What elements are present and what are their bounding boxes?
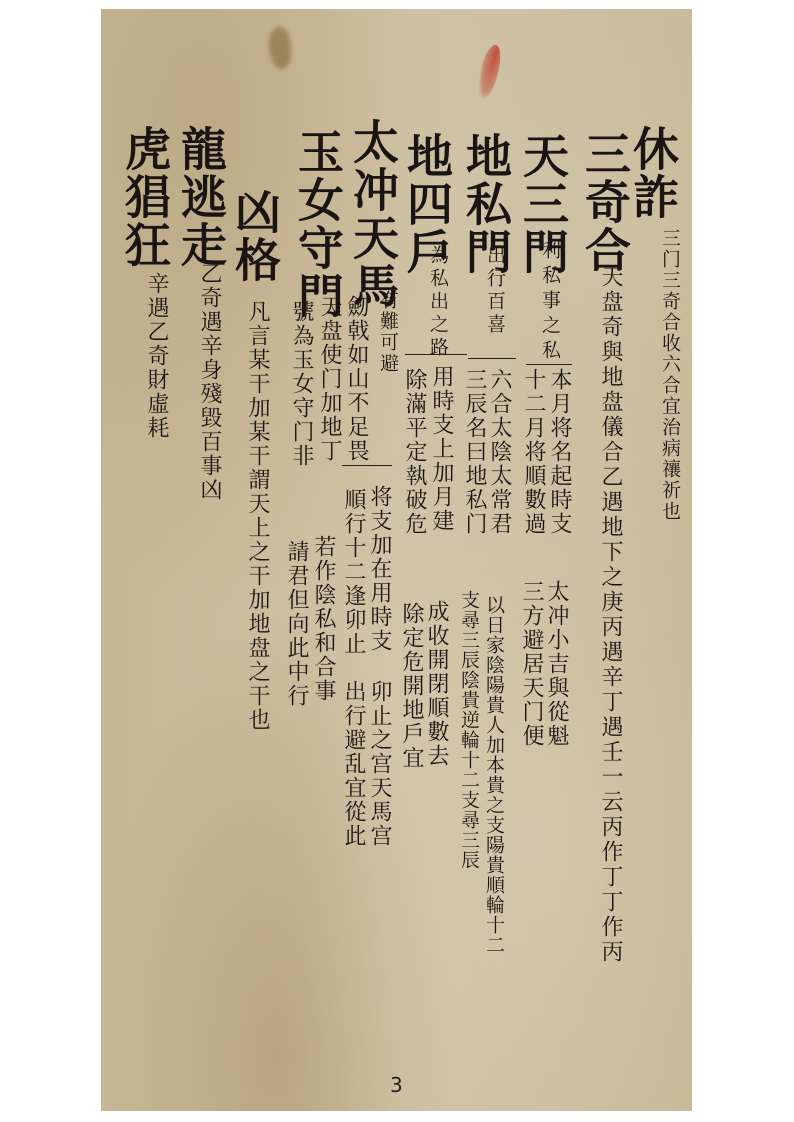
note-di-si-men: 出行百喜 [485,245,504,337]
note-tian-san-men: 利私事之私 [540,240,559,365]
bracket-line [526,364,572,365]
verse-line: 太冲小吉與從魁 [545,580,567,748]
red-seal-mark [473,43,505,101]
page-number: 3 [390,1073,403,1097]
verse-line: 用時支上加月建 [430,365,452,533]
verse-note: 以日家陰陽貴人加本貴之支陽貴順輪十二 [484,595,503,955]
verse-line: 順行十二逢卯止 [342,488,364,656]
bracket-line [405,354,467,355]
heading-hu-chang-kuang: 虎猖狂 [122,125,168,269]
note-xiong-ge: 凡言某干加某干謂天上之干加地盘之干也 [246,300,268,732]
heading-tai-chong-tian-ma: 太冲天馬 [350,118,396,310]
verse-line: 若作陰私和合事 [312,535,334,703]
note-long-tao-zou: 乙奇遇辛身殘毀百事凶 [198,262,220,502]
verse-line: 請君但向此中行 [285,540,307,708]
verse-line: 六合太陰太常君 [488,368,510,536]
verse-line: 三方避居天门便 [520,580,542,748]
water-stain [269,27,291,69]
heading-xiu-zha: 休詐 [630,125,676,221]
note-xiu-zha: 三门三奇合收六合宜治病禳祈也 [660,228,679,522]
verse-line: 成收開閉順數去 [425,600,447,768]
verse-line: 三辰名曰地私门 [463,368,485,536]
verse-line: 本月将名起時支 [548,368,570,536]
verse-line: 将支加在用時支 [368,485,390,653]
heading-long-tao-zou: 龍逃走 [178,125,224,269]
note-tai-chong-tian-ma: 有難可避 [378,290,397,374]
verse-line: 出行避乱宜從此 [342,680,364,848]
verse-note: 支尋三辰陰貴逆輪十二支尋三辰 [459,590,478,870]
heading-yu-nu-shou-men: 玉女守門 [295,128,341,320]
note-di-si-hu: 為私出之路 [428,245,447,360]
heading-san-qi-he: 三奇合 [582,130,628,274]
verse-line: 卯止之宫天馬宫 [368,680,390,848]
verse-line: 劒戟如山不足畏 [345,295,367,463]
verse-line: 除定危開地戶宜 [400,602,422,770]
note-san-qi-he: 天盘奇與地盘儀合乙遇地下之庚丙遇辛丁遇壬一云丙作丁丁作丙 [599,265,621,965]
verse-line: 除滿平定執破危 [403,368,425,536]
heading-xiong-ge: 凶格 [232,188,278,284]
bracket-line [342,465,392,466]
note-hu-chang-kuang: 辛遇乙奇財虛耗 [145,272,167,440]
verse-line: 號為玉女守门非 [290,300,312,468]
verse-line: 天盘使门加地丁 [318,295,340,463]
verse-line: 十二月将順數過 [522,368,544,536]
bracket-line [468,358,516,359]
